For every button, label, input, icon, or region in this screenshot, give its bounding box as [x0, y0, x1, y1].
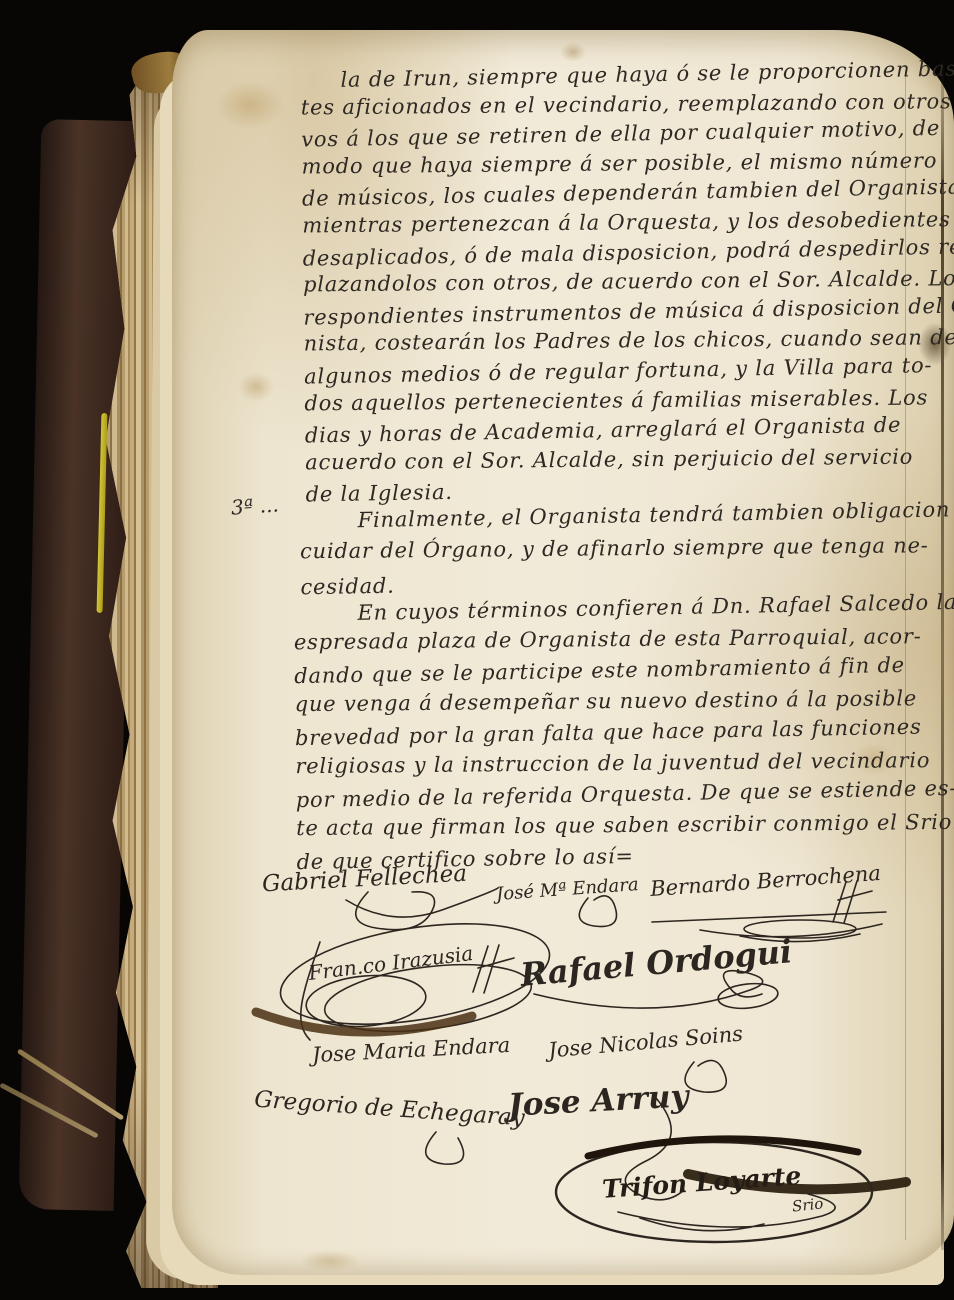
paragraph-closing: En cuyos términos confieren á Dn. Rafael…	[293, 589, 954, 876]
clause-number-marginal: 3ª ...	[230, 492, 279, 519]
signature-secretary-title: Srio	[791, 1194, 824, 1215]
paragraph-continuation: la de Irun, siempre que haya ó se le pro…	[300, 56, 954, 509]
paragraph-clause-3: Finalmente, el Organista tendrá tambien …	[299, 495, 954, 602]
manuscript-photo: 3ª ... la de Irun, siempre que haya ó se…	[0, 0, 954, 1300]
